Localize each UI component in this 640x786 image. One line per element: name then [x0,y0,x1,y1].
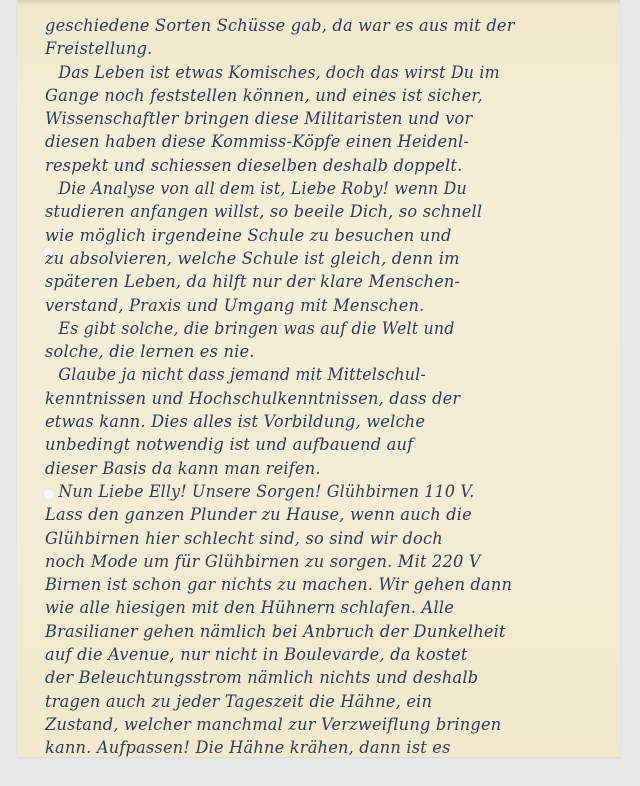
text-line: noch Mode um für Glühbirnen zu sorgen. M… [45,550,605,573]
text-line: geschiedene Sorten Schüsse gab, da war e… [45,14,605,37]
text-line: unbedingt notwendig ist und aufbauend au… [45,433,605,456]
text-line: verstand, Praxis und Umgang mit Menschen… [45,294,605,317]
paper-sheet: geschiedene Sorten Schüsse gab, da war e… [17,0,620,757]
text-line: Freistellung. [45,37,605,60]
text-line: Wissenschaftler bringen diese Militarist… [45,107,605,130]
text-line: dieser Basis da kann man reifen. [45,457,605,480]
text-line: Zustand, welcher manchmal zur Verzweiflu… [45,713,605,736]
text-line: Nun Liebe Elly! Unsere Sorgen! Glühbirne… [45,480,591,503]
text-line: wie möglich irgendeine Schule zu besuche… [45,224,605,247]
text-line: studieren anfangen willst, so beeile Dic… [45,200,605,223]
text-line: kenntnissen und Hochschulkenntnissen, da… [45,387,605,410]
text-line: Glaube ja nicht dass jemand mit Mittelsc… [45,363,591,386]
text-line: wie alle hiesigen mit den Hühnern schlaf… [45,596,605,619]
text-line: der Beleuchtungsstrom nämlich nichts und… [45,666,605,689]
text-line: späteren Leben, da hilft nur der klare M… [45,270,605,293]
text-line: Gange noch feststellen können, und eines… [45,84,605,107]
text-line: Es gibt solche, die bringen was auf die … [45,317,591,340]
text-line: Das Leben ist etwas Komisches, doch das … [45,61,591,84]
text-line: kann. Aufpassen! Die Hähne krähen, dann … [45,736,605,759]
text-line: auf die Avenue, nur nicht in Boulevarde,… [45,643,605,666]
text-line: Lass den ganzen Plunder zu Hause, wenn a… [45,503,605,526]
text-line: diesen haben diese Kommiss-Köpfe einen H… [45,130,605,153]
text-line: tragen auch zu jeder Tageszeit die Hähne… [45,690,605,713]
text-line: Die Analyse von all dem ist, Liebe Roby!… [45,177,591,200]
text-line: respekt und schiessen dieselben deshalb … [45,154,605,177]
text-line: etwas kann. Dies alles ist Vorbildung, w… [45,410,605,433]
text-line: Glühbirnen hier schlecht sind, so sind w… [45,527,605,550]
scanned-letter: geschiedene Sorten Schüsse gab, da war e… [0,0,640,786]
text-line: Birnen ist schon gar nichts zu machen. W… [45,573,605,596]
handwritten-text: geschiedene Sorten Schüsse gab, da war e… [45,14,615,760]
text-line: solche, die lernen es nie. [45,340,605,363]
text-line: Brasilianer gehen nämlich bei Anbruch de… [45,620,605,643]
text-line: zu absolvieren, welche Schule ist gleich… [45,247,605,270]
